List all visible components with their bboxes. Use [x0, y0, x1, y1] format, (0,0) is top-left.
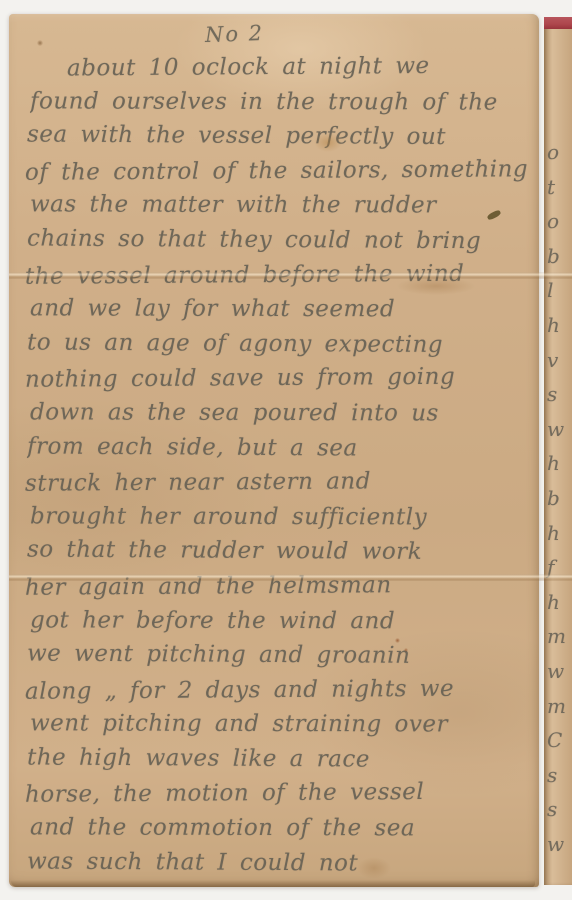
handwritten-line: to us an age of agony expecting: [27, 325, 536, 363]
handwriting-fragment: s: [547, 792, 566, 827]
handwritten-line: about 10 oclock at night we: [25, 48, 534, 86]
adjacent-page-edge: o t o b l h v s w h b h f h m w m C s s …: [544, 17, 572, 885]
handwriting-fragment: m: [547, 689, 566, 724]
handwriting-fragment: t: [547, 170, 566, 205]
fold-crease: [9, 272, 572, 279]
handwritten-line: found ourselves in the trough of the: [30, 84, 539, 120]
handwritten-line: the high waves like a race: [27, 740, 536, 778]
handwritten-line: was such that I could not: [27, 844, 536, 882]
handwriting-fragment: o: [547, 204, 566, 239]
handwriting-fragment: h: [547, 585, 566, 620]
handwritten-line: got her before the wind and: [30, 603, 539, 639]
handwritten-line: brought her around sufficiently: [30, 499, 539, 535]
handwritten-line: so that the rudder would work: [27, 533, 536, 571]
paper-stain: [37, 40, 43, 46]
handwritten-line: was the matter with the rudder: [30, 188, 539, 224]
red-binding-edge: [544, 17, 572, 29]
handwritten-line: her again and the helmsman: [25, 567, 534, 605]
handwriting-fragment: h: [547, 446, 566, 481]
handwriting-fragment: o: [547, 135, 566, 170]
handwritten-line: and we lay for what seemed: [30, 292, 539, 328]
handwriting-fragment: s: [547, 758, 566, 793]
handwriting-fragment: w: [547, 654, 566, 689]
handwriting-fragment: w: [547, 412, 566, 447]
handwriting-fragment: b: [547, 481, 566, 516]
handwritten-line: struck her near astern and: [25, 463, 534, 501]
handwritten-line: from each side, but a sea: [27, 429, 536, 467]
handwriting-fragment: w: [547, 827, 566, 862]
handwritten-line: went pitching and straining over: [30, 707, 539, 743]
handwriting-fragment: v: [547, 343, 566, 378]
handwritten-line: sea with the vessel perfectly out: [27, 118, 536, 156]
handwritten-line: and the commotion of the sea: [30, 810, 539, 846]
handwriting-fragment: h: [547, 308, 566, 343]
handwritten-text-block: about 10 oclock at night we found oursel…: [25, 50, 534, 880]
handwriting-fragment: h: [547, 516, 566, 551]
page-number: No 2: [205, 21, 265, 47]
torn-paper-edge: [11, 880, 535, 887]
handwritten-line: we went pitching and groanin: [27, 637, 536, 675]
handwritten-line: horse, the motion of the vessel: [25, 775, 534, 813]
fold-crease: [9, 574, 572, 581]
letter-photo: No 2 about 10 oclock at night we found o…: [0, 0, 572, 900]
letter-page: No 2 about 10 oclock at night we found o…: [9, 14, 539, 887]
handwritten-line: along „ for 2 days and nights we: [25, 671, 534, 709]
handwritten-line: down as the sea poured into us: [30, 395, 539, 431]
handwritten-line: chains so that they could not bring: [27, 221, 536, 259]
handwriting-fragment: b: [547, 239, 566, 274]
handwriting-fragment: s: [547, 377, 566, 412]
adjacent-page-text-fragments: o t o b l h v s w h b h f h m w m C s s …: [547, 135, 566, 861]
handwriting-fragment: m: [547, 619, 566, 654]
handwritten-line: nothing could save us from going: [25, 360, 534, 398]
handwritten-line: of the control of the sailors, something: [25, 152, 534, 190]
handwriting-fragment: C: [547, 723, 566, 758]
